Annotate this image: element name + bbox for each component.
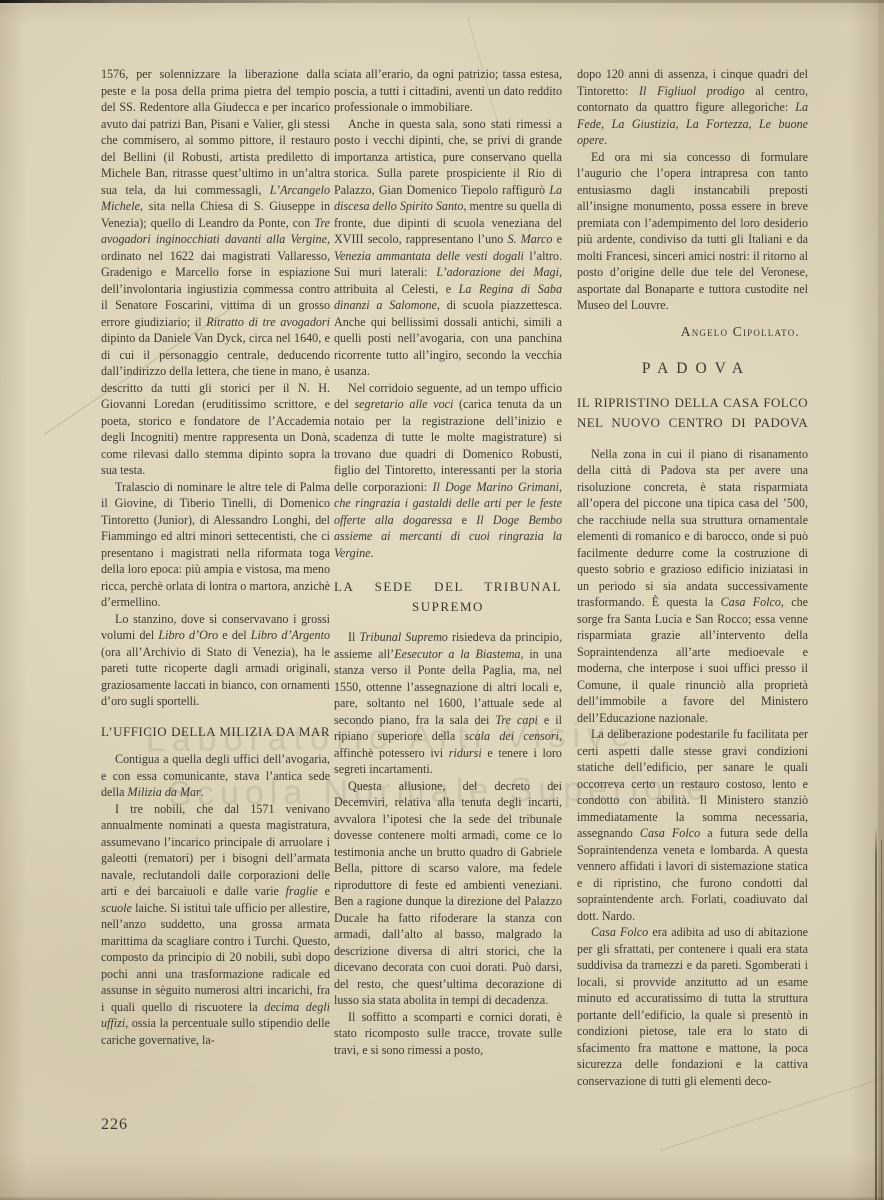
- paragraph: 1576, per solennizzare la liberazione da…: [101, 66, 330, 479]
- paragraph: Casa Folco era adibita ad uso di abitazi…: [577, 924, 808, 1089]
- paragraph: Anche in questa sala, sono stati rimessi…: [334, 116, 562, 380]
- text-column-center: sciata all’erario, da ogni patrizio; tas…: [334, 66, 562, 1058]
- paragraph: Tralascio di nominare le altre tele di P…: [101, 479, 330, 611]
- paragraph: sciata all’erario, da ogni patrizio; tas…: [334, 66, 562, 116]
- author-signature: Angelo Cipollato.: [577, 324, 800, 341]
- paragraph: Lo stanzino, dove si conservavano i gros…: [101, 611, 330, 710]
- scanned-page: Laboratorio Arti Visive Scuola Normale S…: [0, 0, 884, 1200]
- paragraph: Il Tribunal Supremo risiedeva da princip…: [334, 629, 562, 778]
- page-edge-line: [881, 840, 882, 1200]
- text-column-left: 1576, per solennizzare la liberazione da…: [101, 66, 330, 1048]
- heading-line: SUPREMO: [334, 597, 562, 617]
- section-heading: LA SEDE DEL TRIBUNALSUPREMO: [334, 577, 562, 617]
- paragraph: Nel corridoio seguente, ad un tempo uffi…: [334, 380, 562, 562]
- paragraph: Ed ora mi sia concesso di formulare l’au…: [577, 149, 808, 314]
- page-number: 226: [101, 1116, 128, 1134]
- paragraph: La deliberazione podestarile fu facilita…: [577, 726, 808, 924]
- heading-line: IL RIPRISTINO DELLA CASA FOLCO: [577, 393, 808, 413]
- heading-line: LA SEDE DEL TRIBUNAL: [334, 577, 562, 597]
- section-title: PADOVA: [577, 361, 808, 378]
- scan-edge-top: [0, 0, 884, 3]
- paragraph: Questa allusione, del decreto dei Decemv…: [334, 778, 562, 1009]
- paragraph: Nella zona in cui il piano di risanament…: [577, 446, 808, 727]
- paragraph: I tre nobili, che dal 1571 venivano annu…: [101, 801, 330, 1049]
- section-heading: L’UFFICIO DELLA MILIZIA DA MAR: [101, 724, 330, 741]
- scan-edge-bottom: [0, 1196, 884, 1200]
- text-column-right: dopo 120 anni di assenza, i cinque quadr…: [577, 66, 808, 1089]
- paragraph: dopo 120 anni di assenza, i cinque quadr…: [577, 66, 808, 149]
- article-heading: IL RIPRISTINO DELLA CASA FOLCONEL NUOVO …: [577, 393, 808, 433]
- page-edge-line: [875, 826, 877, 1200]
- heading-line: NEL NUOVO CENTRO DI PADOVA: [577, 413, 808, 433]
- paragraph: Il soffitto a scomparti e cornici dorati…: [334, 1009, 562, 1059]
- paragraph: Contigua a quella degli uffici dell’avog…: [101, 751, 330, 801]
